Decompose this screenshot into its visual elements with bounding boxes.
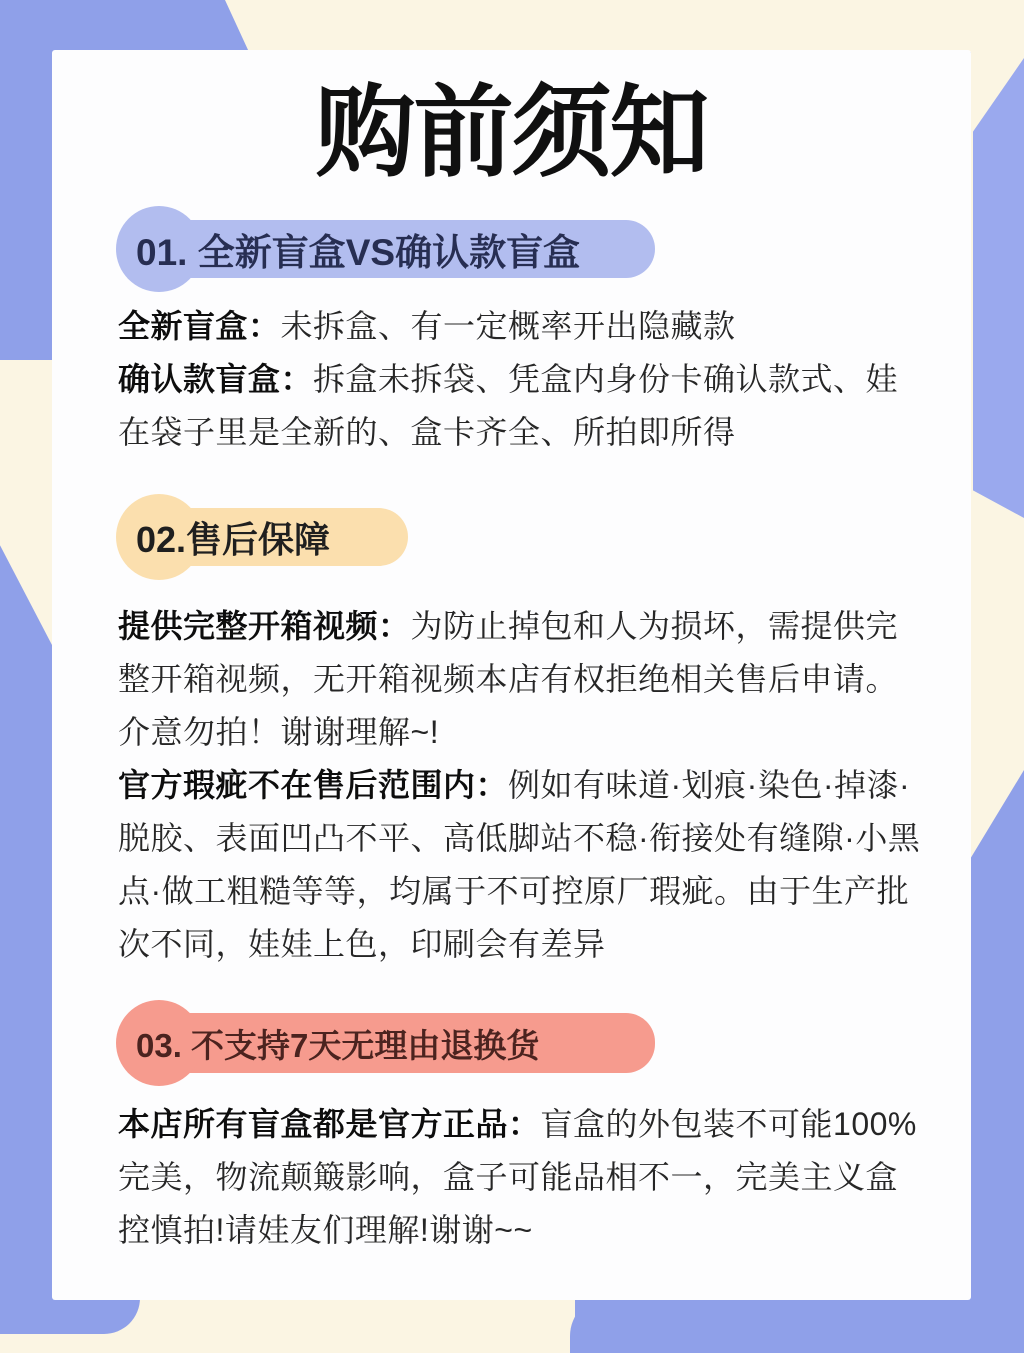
paragraph-label: 全新盲盒： xyxy=(118,308,281,344)
background-shape-blue-right-wedge xyxy=(973,58,1024,518)
paragraph-label: 本店所有盲盒都是官方正品： xyxy=(118,1106,541,1142)
background-shape-blue-bottom-right xyxy=(570,1296,1024,1353)
section-3-body: 本店所有盲盒都是官方正品：盲盒的外包装不可能100%完美，物流颠簸影响，盒子可能… xyxy=(118,1098,923,1257)
background-shape-cream-top xyxy=(225,0,1024,52)
section-1-pill-label: 01. 全新盲盒VS确认款盲盒 xyxy=(136,222,580,276)
background-shape-blue-right-bottom-wedge xyxy=(971,770,1024,1353)
section-1-body: 全新盲盒：未拆盒、有一定概率开出隐藏款 确认款盲盒：拆盒未拆袋、凭盒内身份卡确认… xyxy=(118,300,923,459)
section-3-pill: 03. 不支持7天无理由退换货 xyxy=(118,1013,655,1073)
paragraph: 确认款盲盒：拆盒未拆袋、凭盒内身份卡确认款式、娃在袋子里是全新的、盒卡齐全、所拍… xyxy=(118,353,923,459)
paragraph-label: 确认款盲盒： xyxy=(118,361,313,397)
paragraph-text: 未拆盒、有一定概率开出隐藏款 xyxy=(281,308,736,344)
paragraph-label: 官方瑕疵不在售后范围内： xyxy=(118,767,508,803)
paragraph-label: 提供完整开箱视频： xyxy=(118,608,411,644)
section-1-pill: 01. 全新盲盒VS确认款盲盒 xyxy=(118,220,655,278)
paragraph: 本店所有盲盒都是官方正品：盲盒的外包装不可能100%完美，物流颠簸影响，盒子可能… xyxy=(118,1098,923,1257)
paragraph: 官方瑕疵不在售后范围内：例如有味道·划痕·染色·掉漆·脱胶、表面凹凸不平、高低脚… xyxy=(118,759,923,971)
paragraph: 全新盲盒：未拆盒、有一定概率开出隐藏款 xyxy=(118,300,923,353)
section-2-pill: 02.售后保障 xyxy=(118,508,408,566)
section-2-pill-label: 02.售后保障 xyxy=(136,512,330,563)
content-card: 购前须知 01. 全新盲盒VS确认款盲盒 全新盲盒：未拆盒、有一定概率开出隐藏款… xyxy=(52,50,971,1300)
page-title: 购前须知 xyxy=(52,76,971,191)
paragraph: 提供完整开箱视频：为防止掉包和人为损坏，需提供完整开箱视频，无开箱视频本店有权拒… xyxy=(118,600,923,759)
section-3-pill-label: 03. 不支持7天无理由退换货 xyxy=(136,1020,539,1067)
background-shape-blue-bottom-left-curve xyxy=(0,1298,140,1334)
section-2-body: 提供完整开箱视频：为防止掉包和人为损坏，需提供完整开箱视频，无开箱视频本店有权拒… xyxy=(118,600,923,971)
